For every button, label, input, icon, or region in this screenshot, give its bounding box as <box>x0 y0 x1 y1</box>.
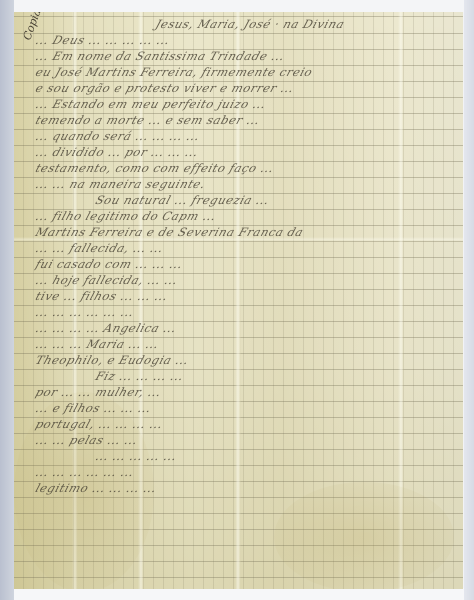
text-line: Fiz ... ... ... ... <box>33 368 456 384</box>
text-line: Sou natural ... freguezia ... <box>33 192 456 208</box>
text-line: portugal, ... ... ... ... <box>33 416 456 432</box>
text-line: legitimo ... ... ... ... <box>33 480 456 496</box>
text-line: e sou orgão e protesto viver e morrer ..… <box>33 80 456 96</box>
text-line: ... e filhos ... ... ... <box>33 400 456 416</box>
stain <box>274 482 454 589</box>
text-line: ... ... ... ... ... <box>33 448 456 464</box>
text-line: por ... ... mulher, ... <box>33 384 456 400</box>
text-line: ... ... ... Maria ... ... <box>33 336 456 352</box>
handwritten-text: Jesus, Maria, José · na Divina ... Deus … <box>36 16 454 496</box>
text-line: ... ... fallecida, ... ... <box>33 240 456 256</box>
text-line: fui casado com ... ... ... <box>33 256 456 272</box>
text-line: ... ... ... ... ... ... <box>33 464 456 480</box>
text-line: ... filho legitimo do Capm ... <box>33 208 456 224</box>
text-line: ... Estando em meu perfeito juizo ... <box>33 96 456 112</box>
text-line: ... ... na maneira seguinte. <box>33 176 456 192</box>
background-left <box>0 0 14 600</box>
text-line: ... hoje fallecida, ... ... <box>33 272 456 288</box>
text-line: ... Deus ... ... ... ... ... <box>33 32 456 48</box>
text-line: ... ... ... ... ... ... <box>33 304 456 320</box>
manuscript-page: Copia Jesus, Maria, José · na Divina ...… <box>14 12 463 589</box>
text-line: eu José Martins Ferreira, firmemente cre… <box>33 64 456 80</box>
background-top <box>14 0 464 12</box>
text-line: Jesus, Maria, José · na Divina <box>33 16 456 32</box>
text-line: ... Em nome da Santissima Trindade ... <box>33 48 456 64</box>
text-line: ... dividido ... por ... ... ... <box>33 144 456 160</box>
text-line: tive ... filhos ... ... ... <box>33 288 456 304</box>
text-line: ... ... ... ... Angelica ... <box>33 320 456 336</box>
text-line: ... ... pelas ... ... <box>33 432 456 448</box>
text-line: testamento, como com effeito faço ... <box>33 160 456 176</box>
text-line: temendo a morte ... e sem saber ... <box>33 112 456 128</box>
text-line: Theophilo, e Eudogia ... <box>33 352 456 368</box>
text-line: Martins Ferreira e de Severina Franca da <box>33 224 456 240</box>
text-line: ... quando será ... ... ... ... <box>33 128 456 144</box>
background-right <box>464 0 474 600</box>
background-bottom <box>14 588 464 600</box>
